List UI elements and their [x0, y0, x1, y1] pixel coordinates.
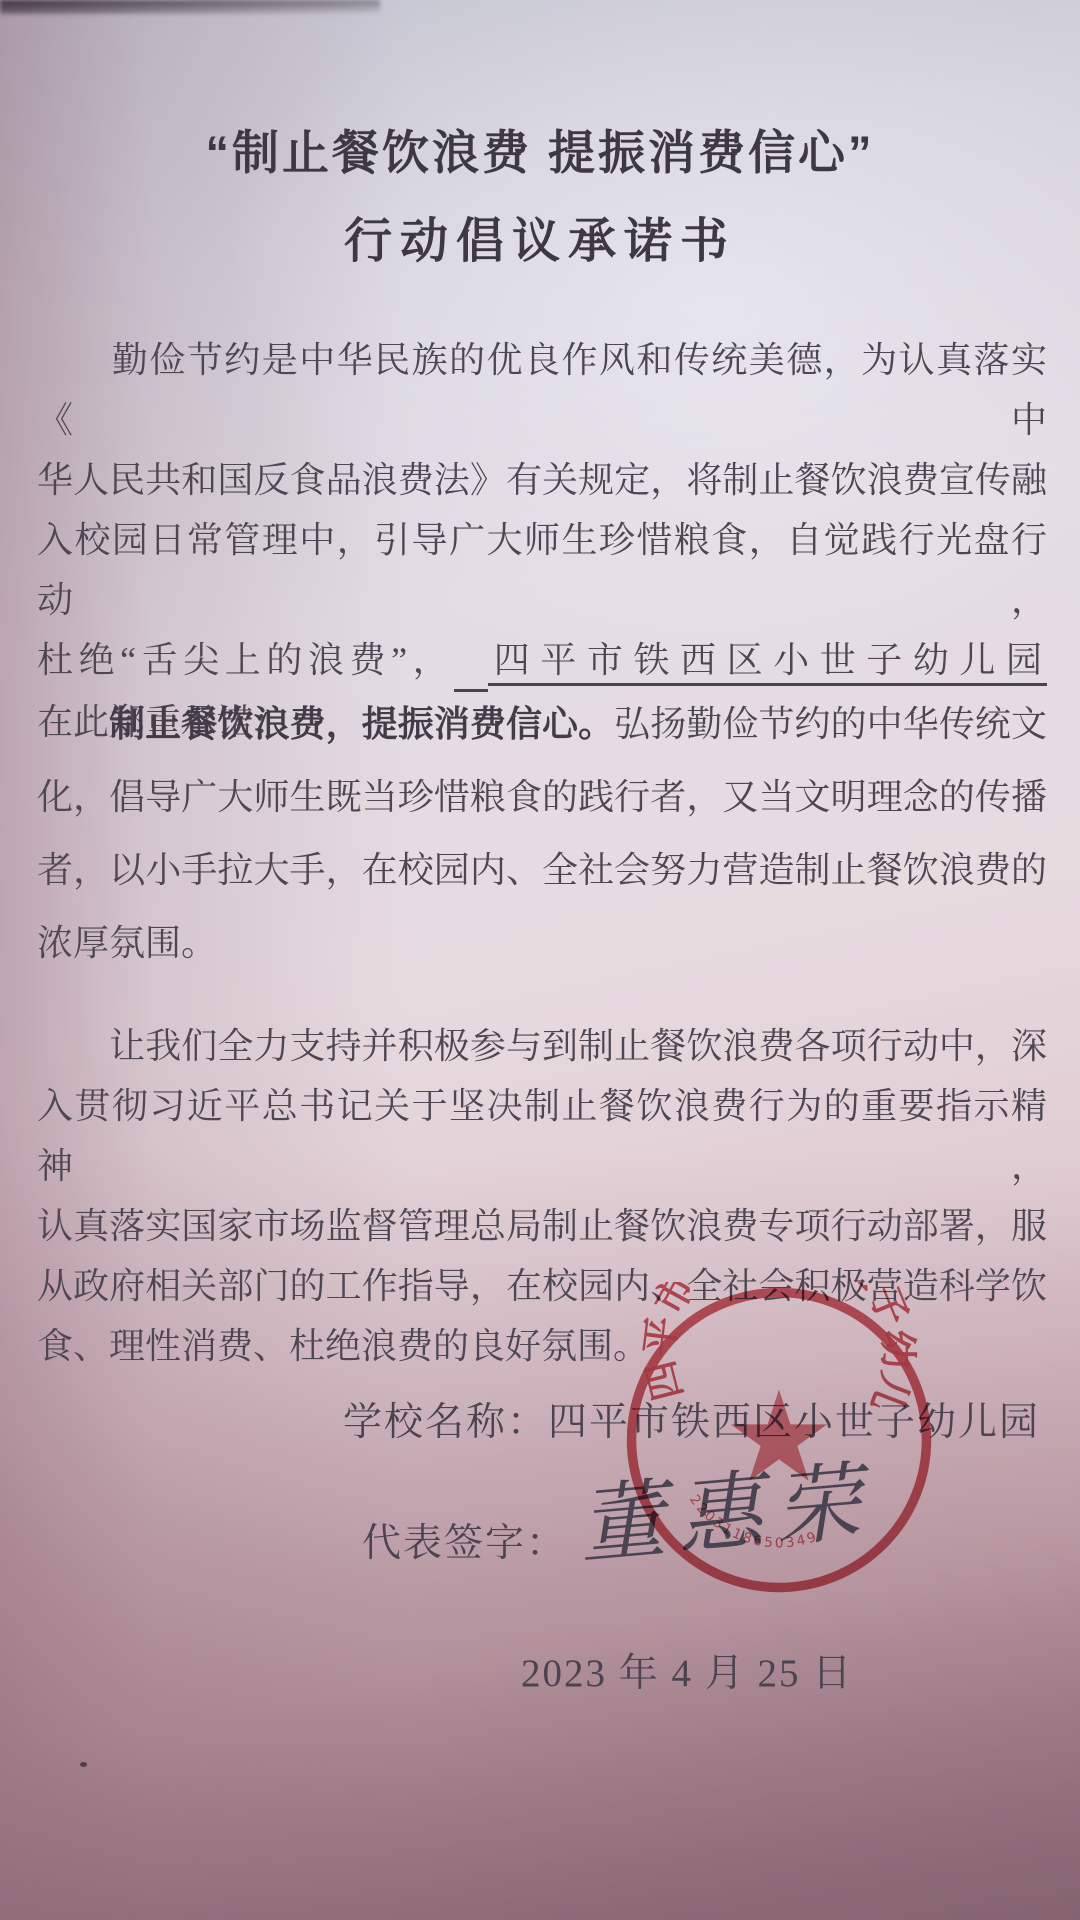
- blank-underline: [454, 651, 488, 692]
- line-rest: 弘扬勤俭节约的中华传统文: [614, 704, 1047, 744]
- bold-lead: 制止餐饮浪费，提振消费信心。: [37, 704, 614, 744]
- document-title-line2: 行动倡议承诺书: [0, 202, 1080, 271]
- seal-code-text: 2203118650349: [686, 1492, 821, 1551]
- paper-speck: [80, 1762, 87, 1767]
- paragraph-2-line: 化，倡导广大师生既当珍惜粮食的践行者，又当文明理念的传播: [37, 761, 1047, 834]
- seal-ring-textpath: 四平市铁西区小世子幼儿园: [618, 1282, 919, 1419]
- paragraph-2-line: 制止餐饮浪费，提振消费信心。弘扬勤俭节约的中华传统文: [37, 688, 1047, 761]
- school-label: 学校名称：: [343, 1401, 548, 1444]
- paragraph-2: 制止餐饮浪费，提振消费信心。弘扬勤俭节约的中华传统文 化，倡导广大师生既当珍惜粮…: [37, 688, 1047, 980]
- paragraph-3-line: 让我们全力支持并积极参与到制止餐饮浪费各项行动中，深: [37, 1016, 1047, 1076]
- photo-edge-shadow: [0, 0, 380, 14]
- official-seal-stamp: 四平市铁西区小世子幼儿园 2203118650349: [618, 1282, 940, 1598]
- paragraph-1-line: 华人民共和国反食品浪费法》有关规定，将制止餐饮浪费宣传融: [37, 450, 1047, 510]
- signature-label-line: 代表签字：: [362, 1512, 567, 1568]
- sign-label: 代表签字：: [362, 1522, 567, 1565]
- seal-ring-text: 四平市铁西区小世子幼儿园: [618, 1282, 919, 1419]
- paragraph-3-line: 认真落实国家市场监督管理总局制止餐饮浪费专项行动部署，服: [37, 1196, 1047, 1256]
- seal-star-icon: [731, 1389, 827, 1480]
- paragraph-1-line: 杜绝“舌尖上的浪费”，四平市铁西区小世子幼儿园: [37, 630, 1047, 692]
- paragraph-1-line: 入校园日常管理中，引导广大师生珍惜粮食，自觉践行光盘行动，: [37, 510, 1047, 630]
- paragraph-2-line: 浓厚氛围。: [37, 907, 1047, 980]
- photographed-document: “制止餐饮浪费 提振消费信心” 行动倡议承诺书 勤俭节约是中华民族的优良作风和传…: [0, 0, 1080, 1920]
- document-title-line1: “制止餐饮浪费 提振消费信心”: [0, 116, 1080, 183]
- paragraph-2-line: 者，以小手拉大手，在校园内、全社会努力营造制止餐饮浪费的: [37, 834, 1047, 907]
- seal-code-textpath: 2203118650349: [686, 1492, 821, 1551]
- date-line: 2023 年 4 月 25 日: [521, 1642, 853, 1698]
- paragraph-3-line: 入贯彻习近平总书记关于坚决制止餐饮浪费行为的重要指示精神，: [37, 1076, 1047, 1196]
- school-name-underlined: 四平市铁西区小世子幼儿园: [488, 640, 1047, 686]
- line4-prefix: 杜绝“舌尖上的浪费”，: [37, 640, 454, 680]
- paragraph-1-line: 勤俭节约是中华民族的优良作风和传统美德，为认真落实《中: [37, 330, 1047, 450]
